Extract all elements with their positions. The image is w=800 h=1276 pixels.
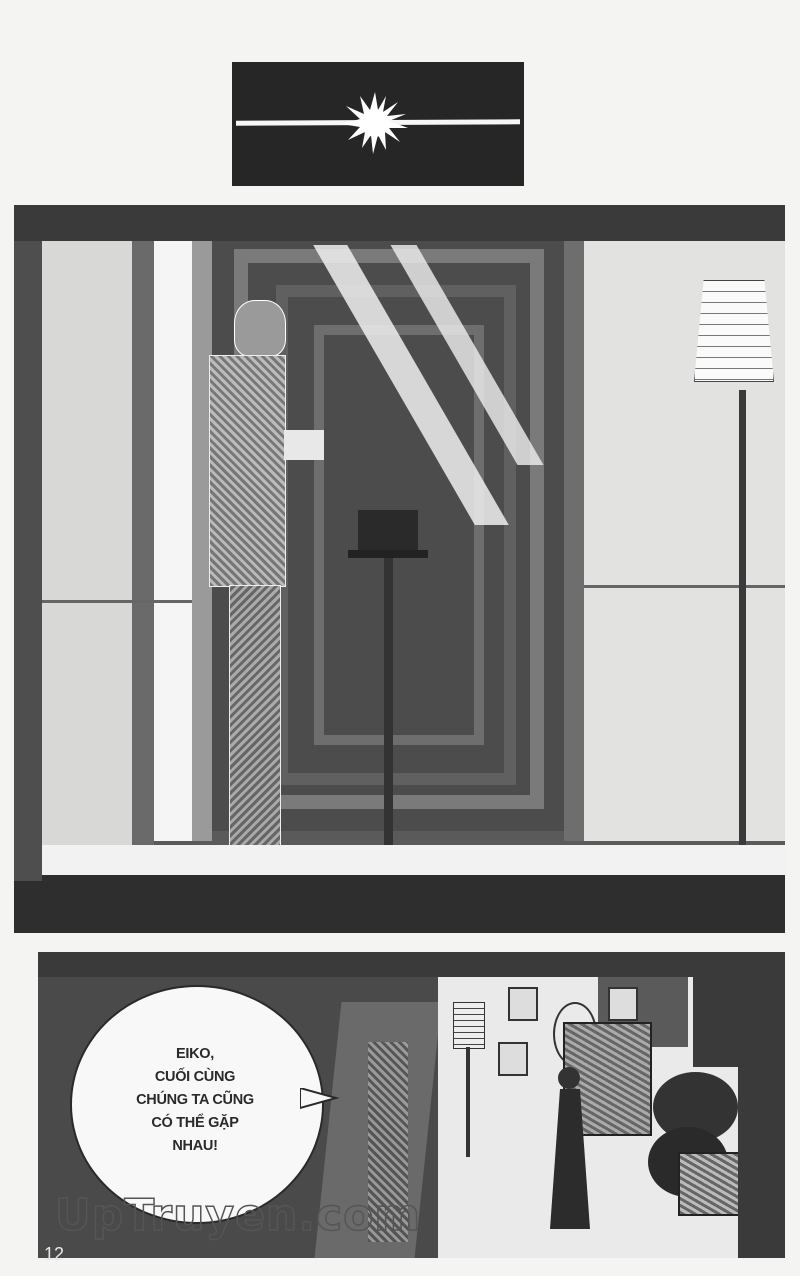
bubble-line: EIKO, [90,1043,300,1066]
bubble-line: CHÚNG TA CŨNG [90,1089,300,1112]
man-figure [209,300,329,890]
starburst-icon [340,90,410,156]
speech-bubble-tail [300,1088,340,1110]
flash-panel [232,62,524,186]
bubble-line: NHAU! [90,1135,300,1158]
telephone-stand [348,510,428,890]
page-number: 12 [44,1244,64,1265]
hallway-panel [14,205,785,933]
bubble-line: CUỐI CÙNG [90,1066,300,1089]
floor-lamp [688,280,778,390]
bubble-line: CÓ THỂ GẶP [90,1112,300,1135]
speech-bubble-text: EIKO, CUỐI CÙNG CHÚNG TA CŨNG CÓ THỂ GẶP… [90,1043,300,1158]
woman-figure [548,1067,593,1237]
site-watermark: UpTruyen.com [55,1190,421,1241]
